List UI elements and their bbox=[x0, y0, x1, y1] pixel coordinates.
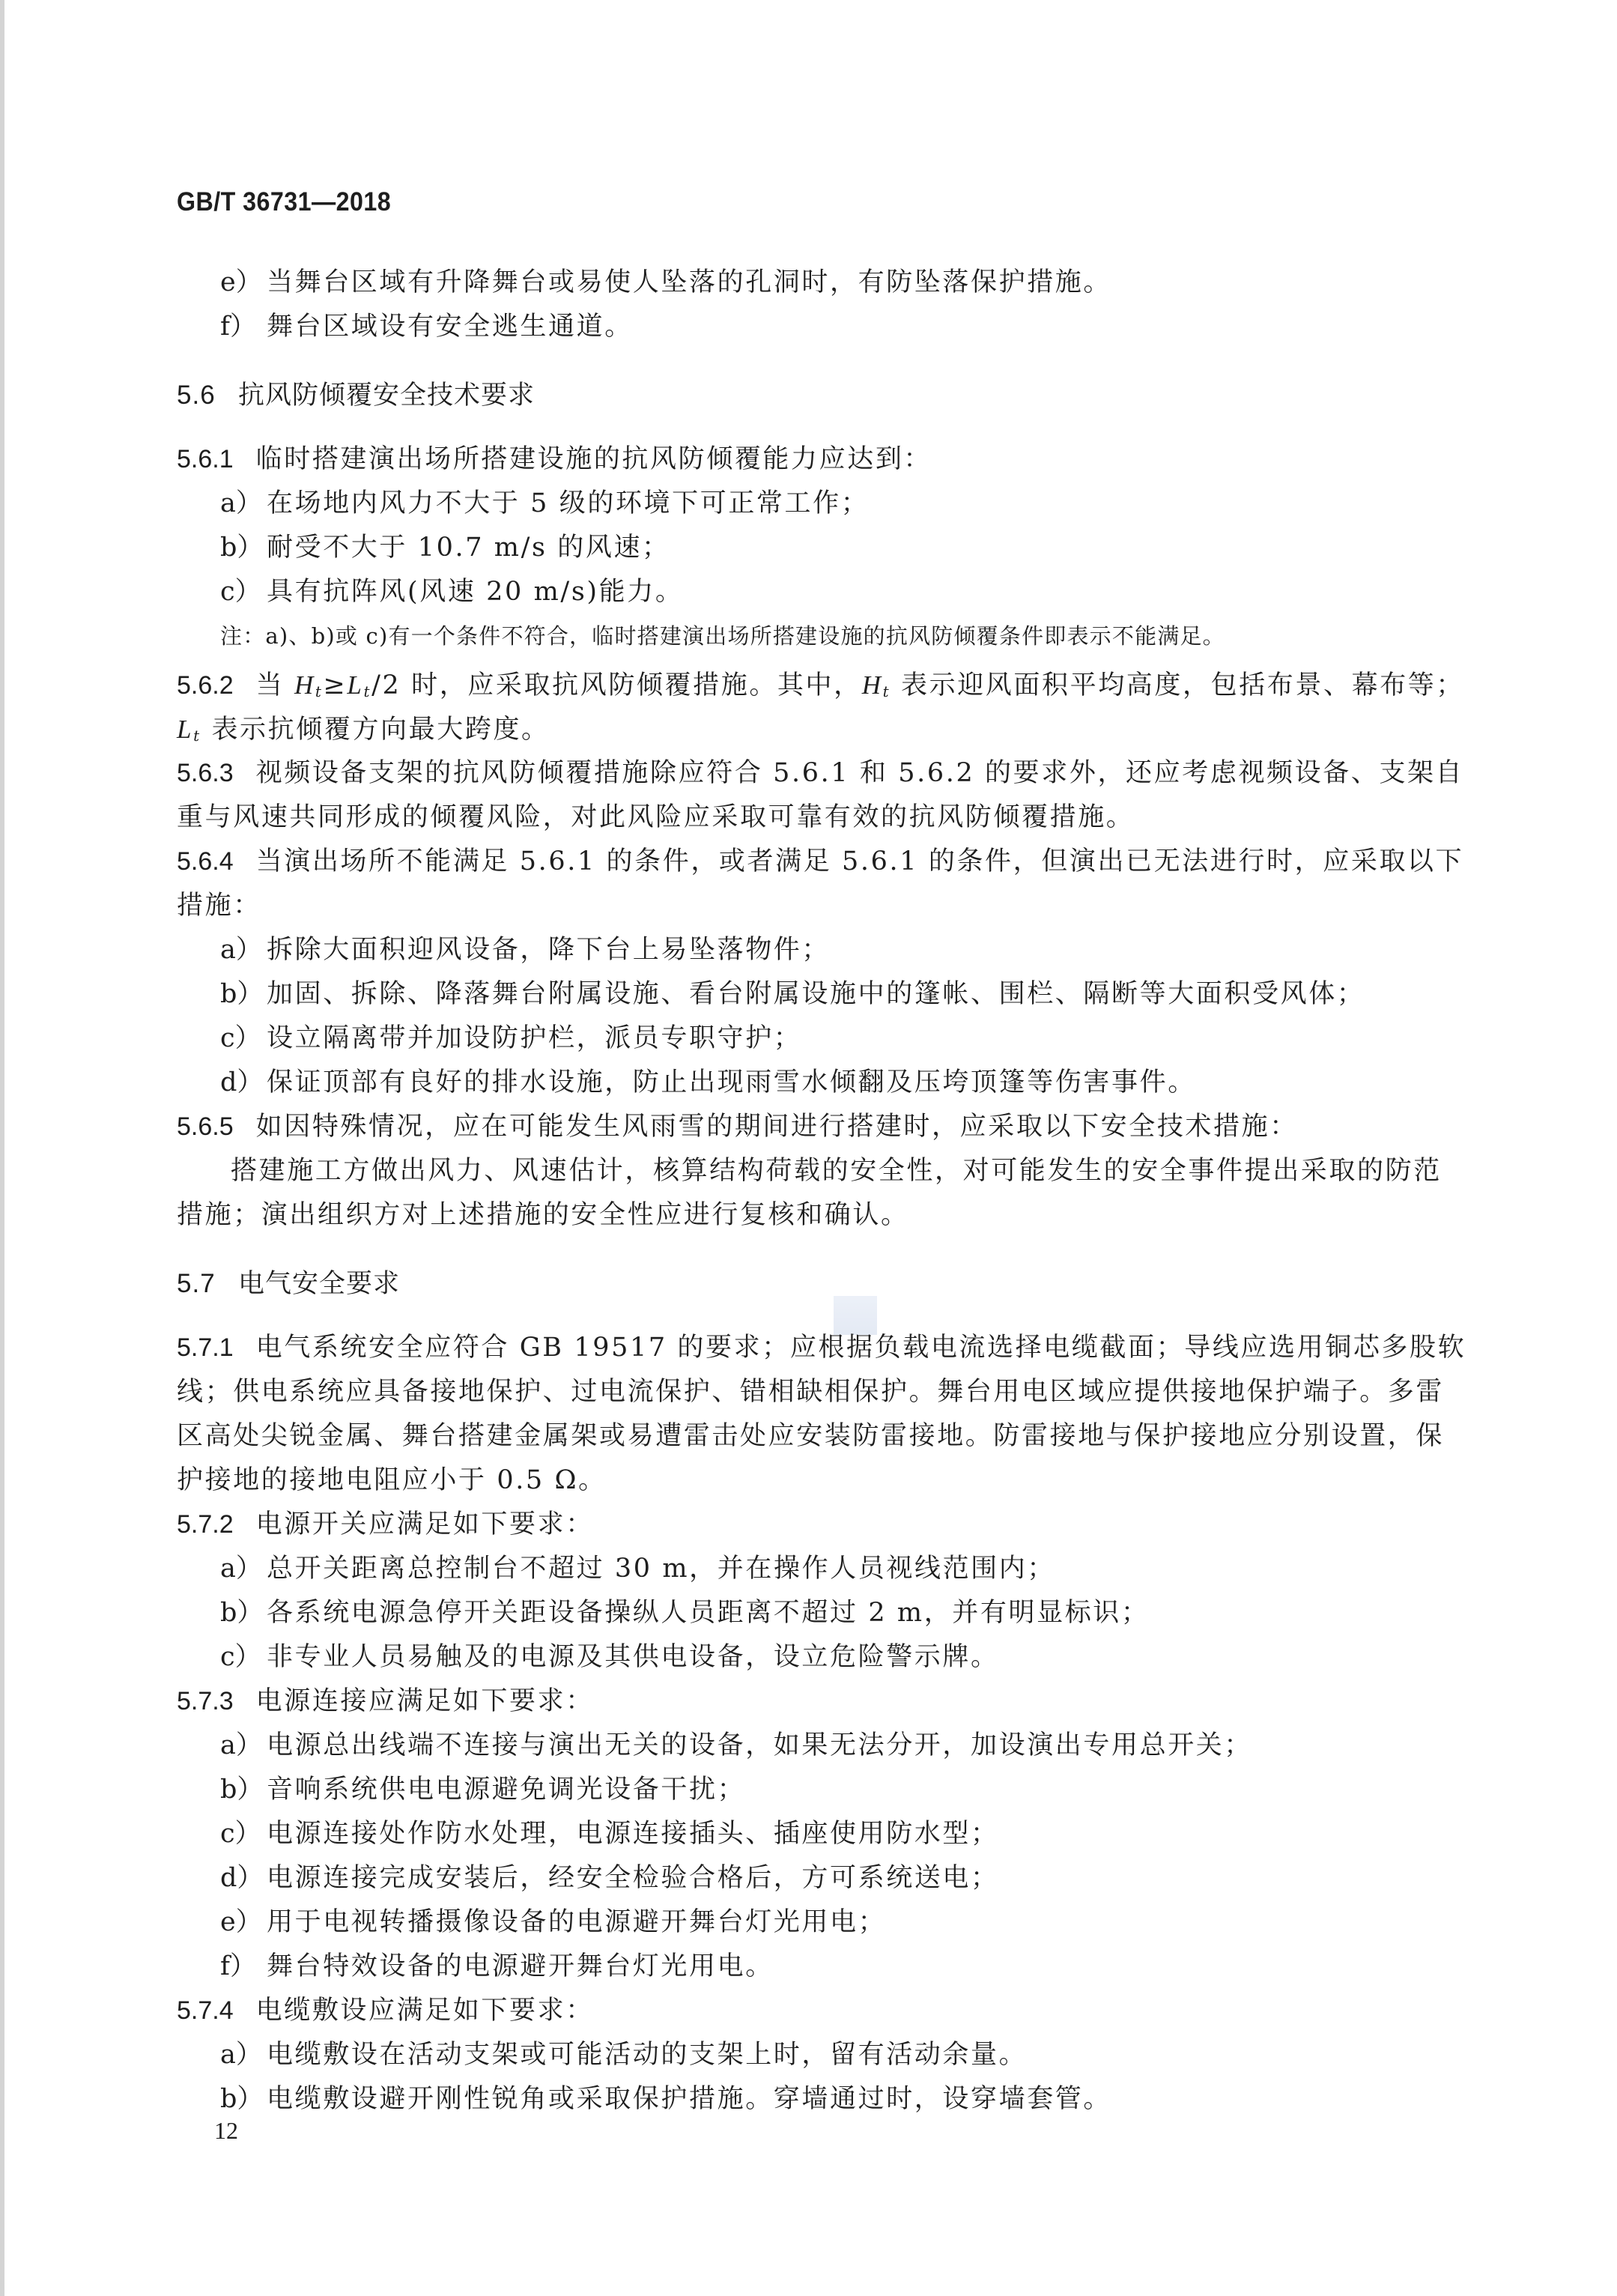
item-text: 用于电视转播摄像设备的电源避开舞台灯光用电； bbox=[267, 1907, 886, 1937]
clause-text: 电源连接应满足如下要求： bbox=[256, 1686, 594, 1716]
subscript: t bbox=[883, 682, 891, 700]
clause-continuation: 线；供电系统应具备接地保护、过电流保护、错相缺相保护。舞台用电区域应提供接地保护… bbox=[177, 1370, 1442, 1414]
item-text: 具有抗阵风(风速 20 m/s)能力。 bbox=[267, 577, 683, 607]
note: 注：a)、b)或 c)有一个条件不符合，临时搭建演出场所搭建设施的抗风防倾覆条件… bbox=[177, 614, 1442, 658]
clause-number: 5.6.5 bbox=[177, 1105, 234, 1149]
list-item: e）当舞台区域有升降舞台或易使人坠落的孔洞时，有防坠落保护措施。 bbox=[177, 261, 1442, 305]
item-text: 拆除大面积迎风设备，降下台上易坠落物件； bbox=[267, 935, 830, 965]
item-text: 加固、拆除、降落舞台附属设施、看台附属设施中的篷帐、围栏、隔断等大面积受风体； bbox=[267, 979, 1365, 1009]
clause-continuation: 区高处尖锐金属、舞台搭建金属架或易遭雷击处应安装防雷接地。防雷接地与保护接地应分… bbox=[177, 1414, 1442, 1459]
item-text: 电缆敷设避开刚性锐角或采取保护措施。穿墙通过时，设穿墙套管。 bbox=[267, 2084, 1111, 2114]
clause-continuation: 护接地的接地电阻应小于 0.5 Ω。 bbox=[177, 1459, 1442, 1503]
clause-number: 5.7.1 bbox=[177, 1326, 234, 1370]
list-item: a）拆除大面积迎风设备，降下台上易坠落物件； bbox=[177, 928, 1442, 972]
item-marker: a） bbox=[220, 2033, 267, 2077]
list-item: c）具有抗阵风(风速 20 m/s)能力。 bbox=[177, 570, 1442, 614]
clause-number: 5.6.1 bbox=[177, 437, 234, 482]
variable-h: H bbox=[862, 670, 883, 700]
list-item: a）电缆敷设在活动支架或可能活动的支架上时，留有活动余量。 bbox=[177, 2033, 1442, 2077]
item-text: 当舞台区域有升降舞台或易使人坠落的孔洞时，有防坠落保护措施。 bbox=[267, 267, 1111, 297]
clause-5-6-4: 5.6.4当演出场所不能满足 5.6.1 的条件，或者满足 5.6.1 的条件，… bbox=[177, 840, 1442, 884]
clause-text: 当 bbox=[256, 670, 294, 700]
item-text: 总开关距离总控制台不超过 30 m，并在操作人员视线范围内； bbox=[267, 1554, 1055, 1584]
clause-continuation: 措施： bbox=[177, 884, 1442, 928]
note-text: a)、b)或 c)有一个条件不符合，临时搭建演出场所搭建设施的抗风防倾覆条件即表… bbox=[265, 623, 1225, 649]
list-item: d）保证顶部有良好的排水设施，防止出现雨雪水倾翻及压垮顶篷等伤害事件。 bbox=[177, 1061, 1442, 1105]
section-number: 5.6 bbox=[177, 373, 238, 417]
clause-text: 当演出场所不能满足 5.6.1 的条件，或者满足 5.6.1 的条件，但演出已无… bbox=[256, 846, 1464, 876]
item-text: 电缆敷设在活动支架或可能活动的支架上时，留有活动余量。 bbox=[267, 2040, 1027, 2070]
item-text: 各系统电源急停开关距设备操纵人员距离不超过 2 m，并有明显标识； bbox=[267, 1598, 1150, 1628]
list-item: c）非专业人员易触及的电源及其供电设备，设立危险警示牌。 bbox=[177, 1635, 1442, 1679]
clause-text: 电气系统安全应符合 GB 19517 的要求；应根据负载电流选择电缆截面；导线应… bbox=[256, 1333, 1466, 1363]
item-marker: b） bbox=[220, 1768, 267, 1812]
item-text: 电源总出线端不连接与演出无关的设备，如果无法分开，加设演出专用总开关； bbox=[267, 1730, 1252, 1760]
item-marker: c） bbox=[220, 1635, 267, 1679]
item-marker: b） bbox=[220, 1591, 267, 1635]
clause-number: 5.7.3 bbox=[177, 1679, 234, 1724]
list-item: b）电缆敷设避开刚性锐角或采取保护措施。穿墙通过时，设穿墙套管。 bbox=[177, 2077, 1442, 2121]
clause-number: 5.7.2 bbox=[177, 1503, 234, 1547]
list-item: e）用于电视转播摄像设备的电源避开舞台灯光用电； bbox=[177, 1900, 1442, 1945]
item-text: 舞台特效设备的电源避开舞台灯光用电。 bbox=[267, 1951, 774, 1981]
clause-number: 5.6.3 bbox=[177, 751, 234, 796]
item-marker: a） bbox=[220, 482, 267, 526]
list-item: b）音响系统供电电源避免调光设备干扰； bbox=[177, 1768, 1442, 1812]
item-marker: a） bbox=[220, 928, 267, 972]
section-title: 电气安全要求 bbox=[238, 1269, 400, 1298]
variable-l: L bbox=[347, 670, 363, 700]
page-number: 12 bbox=[214, 2117, 238, 2145]
item-text: 非专业人员易触及的电源及其供电设备，设立危险警示牌。 bbox=[267, 1642, 999, 1672]
subscript: t bbox=[193, 727, 201, 745]
clause-continuation: 重与风速共同形成的倾覆风险，对此风险应采取可靠有效的抗风防倾覆措施。 bbox=[177, 796, 1442, 840]
scan-edge-line bbox=[0, 0, 4, 2296]
section-heading-5-7: 5.7电气安全要求 bbox=[177, 1261, 1442, 1306]
item-marker: b） bbox=[220, 526, 267, 570]
list-item: b）各系统电源急停开关距设备操纵人员距离不超过 2 m，并有明显标识； bbox=[177, 1591, 1442, 1635]
standard-code-header: GB/T 36731—2018 bbox=[177, 187, 391, 217]
clause-number: 5.6.4 bbox=[177, 840, 234, 884]
clause-5-6-5: 5.6.5如因特殊情况，应在可能发生风雨雪的期间进行搭建时，应采取以下安全技术措… bbox=[177, 1105, 1442, 1149]
variable-h: H bbox=[294, 670, 315, 700]
list-item: a）电源总出线端不连接与演出无关的设备，如果无法分开，加设演出专用总开关； bbox=[177, 1724, 1442, 1768]
item-marker: f） bbox=[220, 1945, 267, 1989]
item-text: 耐受不大于 10.7 m/s 的风速； bbox=[267, 533, 670, 563]
clause-5-7-1: 5.7.1电气系统安全应符合 GB 19517 的要求；应根据负载电流选择电缆截… bbox=[177, 1326, 1442, 1370]
item-marker: c） bbox=[220, 1812, 267, 1856]
clause-text: 如因特殊情况，应在可能发生风雨雪的期间进行搭建时，应采取以下安全技术措施： bbox=[256, 1112, 1298, 1142]
list-item: d）电源连接完成安装后，经安全检验合格后，方可系统送电； bbox=[177, 1856, 1442, 1900]
clause-text: 电源开关应满足如下要求： bbox=[256, 1509, 594, 1539]
subscript: t bbox=[364, 682, 372, 700]
list-item: a）总开关距离总控制台不超过 30 m，并在操作人员视线范围内； bbox=[177, 1547, 1442, 1591]
clause-5-7-4: 5.7.4电缆敷设应满足如下要求： bbox=[177, 1989, 1442, 2033]
clause-text: /2 时，应采取抗风防倾覆措施。其中， bbox=[371, 670, 862, 700]
item-marker: d） bbox=[220, 1856, 267, 1900]
item-marker: e） bbox=[220, 1900, 267, 1945]
clause-text: 电缆敷设应满足如下要求： bbox=[256, 1996, 594, 2026]
list-item: f）舞台特效设备的电源避开舞台灯光用电。 bbox=[177, 1945, 1442, 1989]
list-item: f）舞台区域设有安全逃生通道。 bbox=[177, 305, 1442, 349]
list-item: c）设立隔离带并加设防护栏，派员专职守护； bbox=[177, 1017, 1442, 1061]
clause-text: 视频设备支架的抗风防倾覆措施除应符合 5.6.1 和 5.6.2 的要求外，还应… bbox=[256, 758, 1464, 788]
item-text: 电源连接完成安装后，经安全检验合格后，方可系统送电； bbox=[267, 1863, 999, 1893]
clause-5-7-3: 5.7.3电源连接应满足如下要求： bbox=[177, 1679, 1442, 1724]
item-marker: a） bbox=[220, 1547, 267, 1591]
clause-number: 5.7.4 bbox=[177, 1989, 234, 2033]
item-text: 电源连接处作防水处理，电源连接插头、插座使用防水型； bbox=[267, 1819, 999, 1849]
clause-continuation: 措施；演出组织方对上述措施的安全性应进行复核和确认。 bbox=[177, 1193, 1442, 1238]
item-text: 在场地内风力不大于 5 级的环境下可正常工作； bbox=[267, 488, 869, 518]
subscript: t bbox=[315, 682, 324, 700]
clause-text: 表示抗倾覆方向最大跨度。 bbox=[201, 715, 550, 745]
item-text: 设立隔离带并加设防护栏，派员专职守护； bbox=[267, 1023, 801, 1053]
item-marker: c） bbox=[220, 1017, 267, 1061]
section-title: 抗风防倾覆安全技术要求 bbox=[238, 381, 535, 410]
clause-5-6-2: 5.6.2当 Ht≥Lt/2 时，应采取抗风防倾覆措施。其中，Ht 表示迎风面积… bbox=[177, 663, 1442, 707]
item-text: 音响系统供电电源避免调光设备干扰； bbox=[267, 1775, 745, 1805]
item-marker: b） bbox=[220, 972, 267, 1017]
list-item: a）在场地内风力不大于 5 级的环境下可正常工作； bbox=[177, 482, 1442, 526]
list-item: b）耐受不大于 10.7 m/s 的风速； bbox=[177, 526, 1442, 570]
clause-text: 临时搭建演出场所搭建设施的抗风防倾覆能力应达到： bbox=[256, 444, 932, 474]
list-item: c）电源连接处作防水处理，电源连接插头、插座使用防水型； bbox=[177, 1812, 1442, 1856]
section-heading-5-6: 5.6抗风防倾覆安全技术要求 bbox=[177, 373, 1442, 417]
item-text: 保证顶部有良好的排水设施，防止出现雨雪水倾翻及压垮顶篷等伤害事件。 bbox=[267, 1067, 1196, 1097]
clause-continuation: Lt 表示抗倾覆方向最大跨度。 bbox=[177, 707, 1442, 751]
item-marker: c） bbox=[220, 570, 267, 614]
document-body: e）当舞台区域有升降舞台或易使人坠落的孔洞时，有防坠落保护措施。 f）舞台区域设… bbox=[177, 261, 1442, 2121]
clause-5-6-3: 5.6.3视频设备支架的抗风防倾覆措施除应符合 5.6.1 和 5.6.2 的要… bbox=[177, 751, 1442, 796]
clause-text: 表示迎风面积平均高度，包括布景、幕布等； bbox=[891, 670, 1464, 700]
clause-5-6-1: 5.6.1临时搭建演出场所搭建设施的抗风防倾覆能力应达到： bbox=[177, 437, 1442, 482]
variable-l: L bbox=[177, 715, 193, 744]
section-number: 5.7 bbox=[177, 1261, 238, 1306]
clause-number: 5.6.2 bbox=[177, 664, 234, 708]
item-marker: b） bbox=[220, 2077, 267, 2121]
list-item: b）加固、拆除、降落舞台附属设施、看台附属设施中的篷帐、围栏、隔断等大面积受风体… bbox=[177, 972, 1442, 1017]
item-marker: f） bbox=[220, 305, 267, 349]
clause-5-7-2: 5.7.2电源开关应满足如下要求： bbox=[177, 1503, 1442, 1547]
item-marker: a） bbox=[220, 1724, 267, 1768]
note-label: 注： bbox=[220, 625, 265, 649]
operator: ≥ bbox=[323, 670, 347, 700]
item-text: 舞台区域设有安全逃生通道。 bbox=[267, 312, 633, 342]
item-marker: d） bbox=[220, 1061, 267, 1105]
paragraph: 搭建施工方做出风力、风速估计，核算结构荷载的安全性，对可能发生的安全事件提出采取… bbox=[177, 1149, 1442, 1193]
item-marker: e） bbox=[220, 261, 267, 305]
